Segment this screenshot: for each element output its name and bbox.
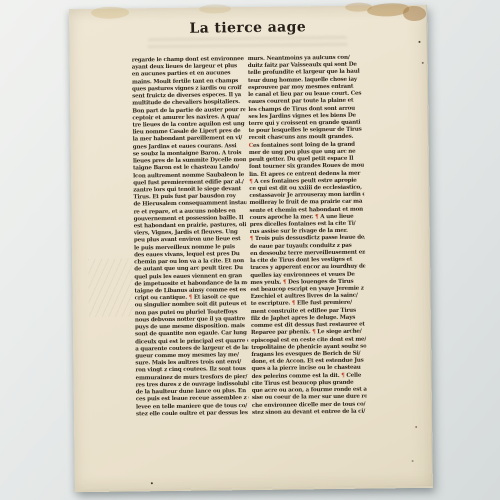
ink-speck xyxy=(151,482,153,484)
rubrication-mark: ¶ xyxy=(312,330,315,336)
photo-background: { "colors": { "ink": "#31281e", "rubrica… xyxy=(0,0,500,500)
foxing-stain xyxy=(199,4,231,13)
rubrication-mark: ¶ xyxy=(250,236,253,242)
ink-speck xyxy=(415,426,417,428)
rubrication-mark: ¶ xyxy=(249,179,252,185)
ink-speck xyxy=(422,62,424,64)
rubrication-mark: ¶ xyxy=(189,295,192,301)
rubrication-mark: ¶ xyxy=(315,214,318,220)
foxing-stain xyxy=(91,6,129,18)
margin-crease xyxy=(88,258,133,317)
rubrication-mark: ¶ xyxy=(341,372,344,378)
ink-speck xyxy=(412,460,414,462)
text-column-left: regarde le champ dont est environneeayan… xyxy=(132,56,249,423)
text-column-right: murs. Neantmoins ya aulcuns con/duitz fa… xyxy=(248,55,367,422)
manuscript-leaf: La tierce aage regarde le champ dont est… xyxy=(69,5,433,492)
foxing-stain xyxy=(345,3,372,12)
rubrication-mark: C xyxy=(249,143,253,149)
ink-speck xyxy=(418,41,420,43)
showthrough-smudge xyxy=(147,36,347,52)
rubrication-mark: ¶ xyxy=(283,279,286,285)
running-title: La tierce aage xyxy=(69,18,426,38)
foxing-stain xyxy=(367,3,409,17)
text-line: stez sinon au devant et entree de la ci/ xyxy=(252,408,367,417)
text-line: stez elle coule oultre et par dessus les xyxy=(136,410,249,419)
rubrication-mark: ¶ xyxy=(292,301,295,307)
